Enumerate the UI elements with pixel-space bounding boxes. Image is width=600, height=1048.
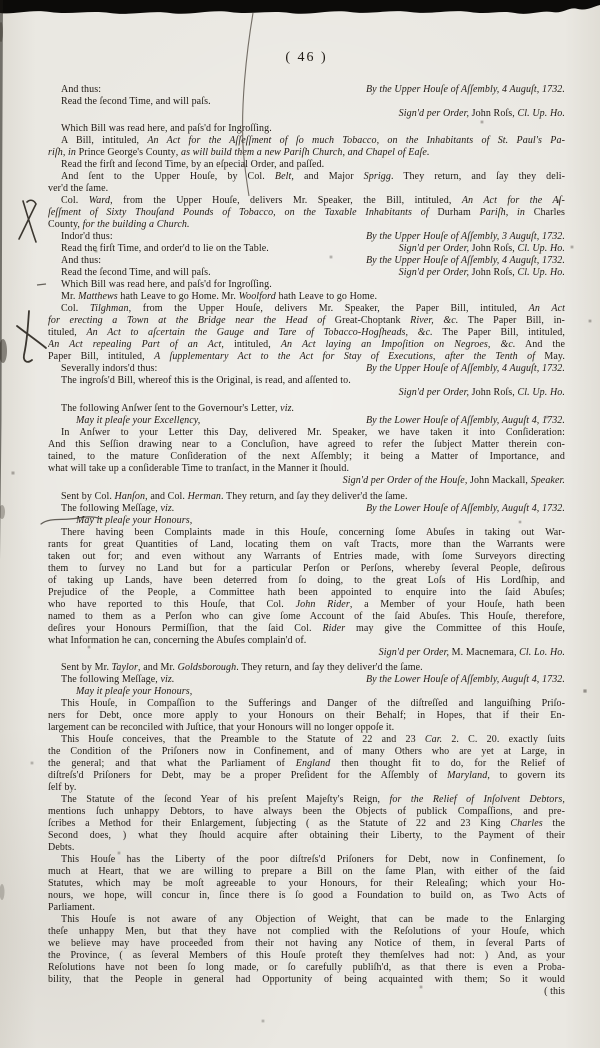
text-block: And thus:By the Upper Houſe of Aſſembly,… <box>48 84 565 998</box>
text-line: Prejudice of the People, a Committee hat… <box>48 587 565 599</box>
text-line: rants for great Quantities of Land, loca… <box>48 539 565 551</box>
text-line: mentions ſuch unhappy Debtors, to have a… <box>48 806 565 818</box>
text-line: Statutes, which may be moſt agreeable to… <box>48 878 565 890</box>
text-line: May it pleaſe your Honours, <box>48 686 565 698</box>
text-line: And this Seſſion drawing near to a Concl… <box>48 439 565 451</box>
text-line: Sign'd per Order, M. Macnemara, Cl. Lo. … <box>48 647 565 659</box>
text-line: Sign'd per Order of the Houſe, John Mack… <box>48 475 565 487</box>
text-line: Col. Tilghman, from the Upper Houſe, del… <box>48 303 565 315</box>
text-line: deſires your Honours Permiſſion, that th… <box>48 623 565 635</box>
text-line: what Information he can, concerning the … <box>48 635 565 647</box>
text-line: largement can be reconciled with Juſtice… <box>48 722 565 734</box>
text-line: nours, we hope, will concur in, ſince th… <box>48 890 565 902</box>
text-line: tituled, An Act to aſcertain the Gauge a… <box>48 327 565 339</box>
text-line: for erecting a Town at the Bridge near t… <box>48 315 565 327</box>
text-line: ſcribes a Method for their Enlargement, … <box>48 818 565 830</box>
text-line: An Act repealing Part of an Act, intitul… <box>48 339 565 351</box>
text-line: This Houſe is not aware of any Objection… <box>48 914 565 926</box>
text-line: what will take up a conſiderable Time to… <box>48 463 565 475</box>
text-line: May it pleaſe your Excellency,By the Low… <box>48 415 565 427</box>
text-line: of taking up Lands, have been deterred f… <box>48 575 565 587</box>
text-line: named to them as a Perſon who can give ſ… <box>48 611 565 623</box>
text-line: bility, that the People in general had O… <box>48 974 565 986</box>
text-line: A Bill, intituled, An Act for the Aſſeſſ… <box>48 135 565 147</box>
text-line: The following Meſſage, viz.By the Lower … <box>48 674 565 686</box>
text-line: There having been Complaints made in thi… <box>48 527 565 539</box>
text-line: Parliament. <box>48 902 565 914</box>
text-line: County, for the building a Church. <box>48 219 565 231</box>
text-line: them to ſurvey no Land but for a particu… <box>48 563 565 575</box>
text-line: May it pleaſe your Honours, <box>48 515 565 527</box>
text-line: Indor'd thus:By the Upper Houſe of Aſſem… <box>48 231 565 243</box>
text-line: In Anſwer to your Letter this Day, deliv… <box>48 427 565 439</box>
text-line: And thus:By the Upper Houſe of Aſſembly,… <box>48 84 565 96</box>
text-line: taken out for; and even without any Warr… <box>48 551 565 563</box>
text-line: diſtreſs'd Priſoners for Debt, may be a … <box>48 770 565 782</box>
text-line: the Province, ( as ſeveral Members of th… <box>48 950 565 962</box>
text-line: Which Bill was read here, and paſs'd for… <box>48 123 565 135</box>
text-line: Sent by Col. Hanſon, and Col. Herman. Th… <box>48 491 565 503</box>
text-line: Sign'd per Order, John Roſs, Cl. Up. Ho. <box>48 108 565 120</box>
text-line: much at Heart, that we are willing to pr… <box>48 866 565 878</box>
text-line: ners for Debt, once more apply to your H… <box>48 710 565 722</box>
text-line: we believe may have proceeded from their… <box>48 938 565 950</box>
text-line: ſeſſment of Sixty Thouſand Pounds of Tob… <box>48 207 565 219</box>
text-line: And thus:By the Upper Houſe of Aſſembly,… <box>48 255 565 267</box>
text-line: Paper Bill, intituled, A ſupplementary A… <box>48 351 565 363</box>
text-line: The following Meſſage, viz.By the Lower … <box>48 503 565 515</box>
text-line: And ſent to the Upper Houſe, by Col. Bel… <box>48 171 565 183</box>
text-line: This Houſe conceives, that the Preamble … <box>48 734 565 746</box>
text-line: who have reported to this Houſe, that Co… <box>48 599 565 611</box>
text-line: the Condition of the Priſoners now in Co… <box>48 746 565 758</box>
text-line: The ingroſs'd Bill, whereof this is the … <box>48 375 565 387</box>
text-line: ver'd the ſame. <box>48 183 565 195</box>
text-line: ( this <box>48 986 565 998</box>
text-line: riſh, in Prince George's County, as will… <box>48 147 565 159</box>
page-number: ( 46 ) <box>48 50 565 66</box>
text-line: The following Anſwer ſent to the Governo… <box>48 403 565 415</box>
text-line: Read the firſt and ſecond Time, by an eſ… <box>48 159 565 171</box>
text-line: The Statute of the ſecond Year of his pr… <box>48 794 565 806</box>
text-line: This Houſe has the Liberty of the poor d… <box>48 854 565 866</box>
text-line: the general; and that what the Parliamen… <box>48 758 565 770</box>
text-line: Col. Ward, from the Upper Houſe, deliver… <box>48 195 565 207</box>
text-line: This Houſe, in Compaſſion to the Sufferi… <box>48 698 565 710</box>
text-line: Reſolutions have not been ſo long made, … <box>48 962 565 974</box>
text-line: Read the ſecond Time, and will paſs.Sign… <box>48 267 565 279</box>
text-line: Read the firſt Time, and order'd to lie … <box>48 243 565 255</box>
text-line: Severally indors'd thus:By the Upper Hou… <box>48 363 565 375</box>
text-line: tained, to the mature Conſideration of t… <box>48 451 565 463</box>
text-line: Which Bill was read here, and paſs'd for… <box>48 279 565 291</box>
text-line: ſelf by. <box>48 782 565 794</box>
text-line: Read the ſecond Time, and will paſs. <box>48 96 565 108</box>
text-line: Second does, ) what they ſhould acquire … <box>48 830 565 842</box>
text-line: Mr. Matthews hath Leave to go Home. Mr. … <box>48 291 565 303</box>
text-line: theſe unhappy Men, but that they have no… <box>48 926 565 938</box>
text-line: Sign'd per Order, John Roſs, Cl. Up. Ho. <box>48 387 565 399</box>
text-line: Sent by Mr. Taylor, and Mr. Goldsborough… <box>48 662 565 674</box>
text-line: Debts. <box>48 842 565 854</box>
paper-specks <box>0 0 2 2</box>
